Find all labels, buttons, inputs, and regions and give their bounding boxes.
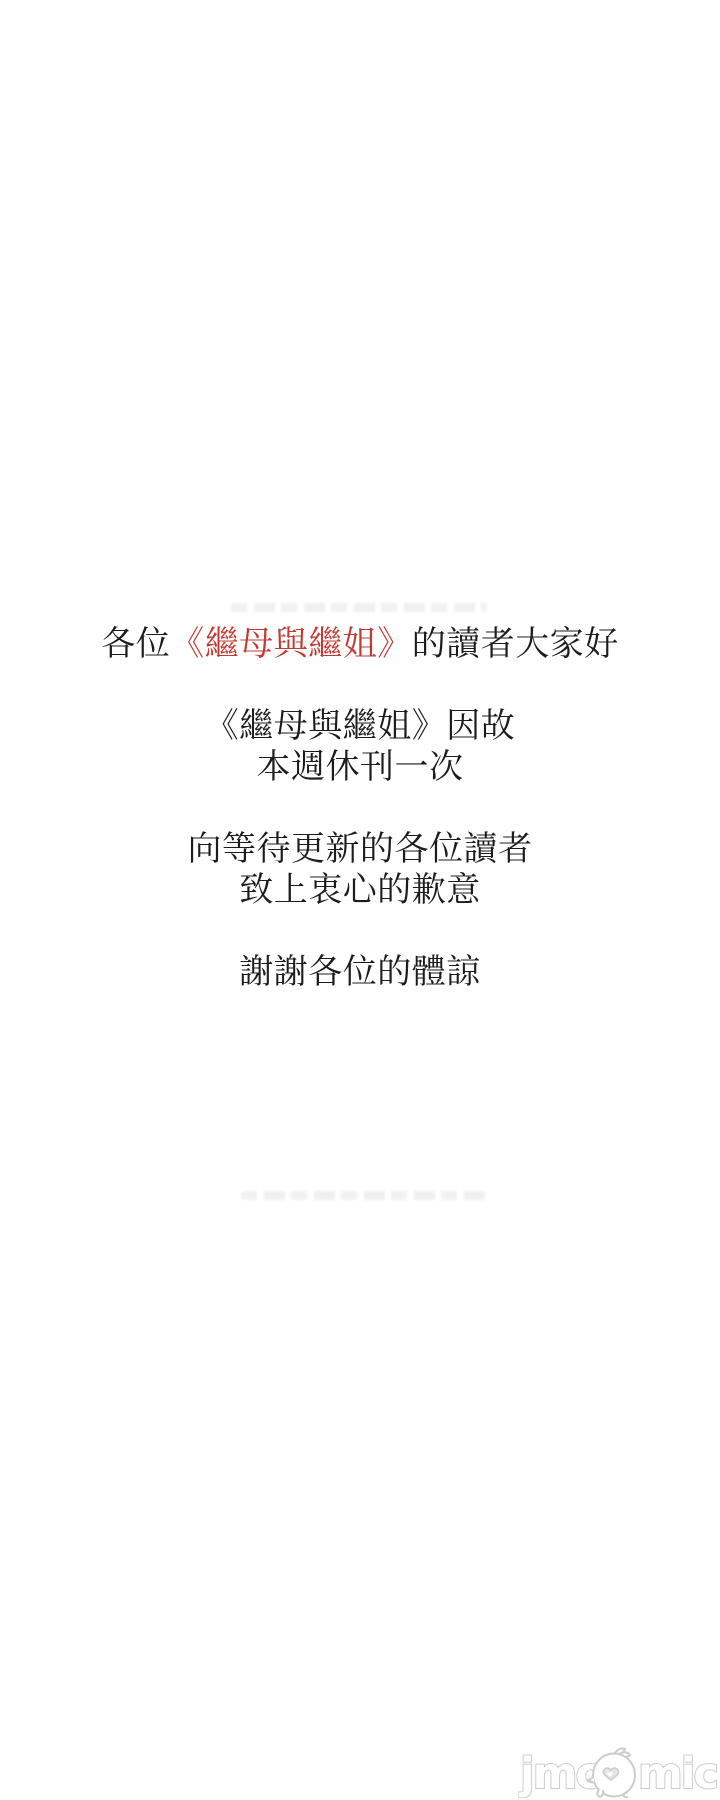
hiatus-line-2: 本週休刊一次 (257, 747, 464, 787)
apology-line-2: 致上衷心的歉意 (239, 870, 481, 910)
notice-thanks-paragraph: 謝謝各位的體諒 (0, 952, 720, 993)
apology-line-1: 向等待更新的各位讀者 (188, 829, 533, 869)
jmcomic-watermark: jmc mic (518, 1746, 718, 1798)
watermark-text-right: mic (638, 1749, 717, 1798)
notice-apology-paragraph: 向等待更新的各位讀者致上衷心的歉意 (0, 829, 720, 911)
notice-hiatus-paragraph: 《繼母與繼姐》因故本週休刊一次 (0, 706, 720, 788)
notice-page: 各位《繼母與繼姐》的讀者大家好 《繼母與繼姐》因故本週休刊一次 向等待更新的各位… (0, 0, 720, 1800)
greeting-suffix: 的讀者大家好 (412, 624, 619, 664)
erased-text-artifact-bottom (241, 1191, 489, 1200)
series-title-highlight: 《繼母與繼姐》 (170, 624, 412, 664)
thanks-line: 謝謝各位的體諒 (239, 952, 481, 992)
hiatus-notice-text: 各位《繼母與繼姐》的讀者大家好 《繼母與繼姐》因故本週休刊一次 向等待更新的各位… (0, 624, 720, 993)
greeting-prefix: 各位 (101, 624, 170, 664)
hiatus-line-1: 《繼母與繼姐》因故 (205, 706, 516, 746)
watermark-text-left: jmc (518, 1749, 599, 1798)
erased-text-artifact-top (231, 603, 487, 612)
notice-greeting-line: 各位《繼母與繼姐》的讀者大家好 (0, 624, 720, 665)
